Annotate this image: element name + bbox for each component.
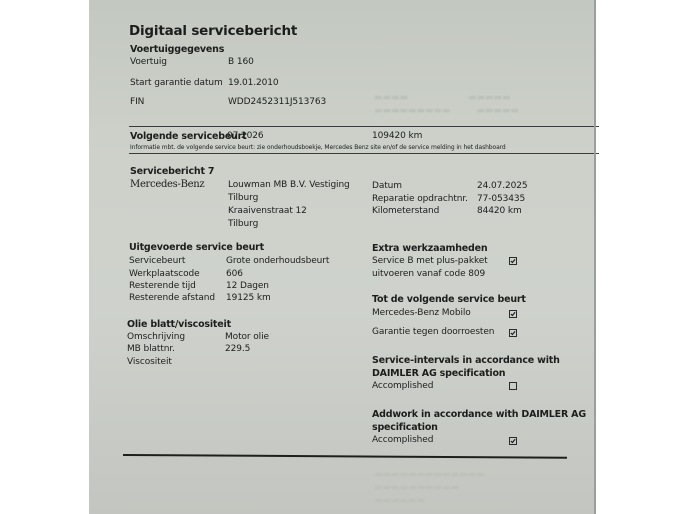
until-next-heading: Tot de volgende service beurt [372,294,526,305]
remaining-time-value: 12 Dagen [226,281,269,291]
extra-work-heading: Extra werkzaamheden [372,243,487,254]
service-intervals-label: Accomplished [372,381,433,391]
addwork-checkbox[interactable] [509,437,517,445]
service-report-heading: Servicebericht 7 [130,166,214,177]
show-through-text: ▬▬▬▬▬▬▬▬▬▬ [374,483,459,493]
odometer-value: 84420 km [477,206,522,216]
service-intervals-heading-2: DAIMLER AG specification [372,368,505,379]
rust-warranty-checkbox[interactable] [509,329,517,337]
service-type-value: Grote onderhoudsbeurt [226,256,329,266]
repair-order-value: 77-053435 [477,194,525,204]
warranty-start-value: 19.01.2010 [228,78,279,88]
vehicle-value: B 160 [228,57,254,67]
extra-work-line-1: Service B met plus-pakket [372,256,488,266]
document-title: Digitaal servicebericht [129,23,297,39]
divider [129,153,599,154]
date-value: 24.07.2025 [477,181,528,191]
show-through-text: ▬▬▬▬ ▬▬▬▬▬ [374,93,511,103]
extra-work-line-2: uitvoeren vanaf code 809 [372,269,485,279]
checkmark-icon [510,438,516,444]
fin-value: WDD2452311J513763 [228,97,326,107]
checkmark-icon [510,311,516,317]
bottom-divider [123,454,567,459]
addwork-heading-1: Addwork in accordance with DAIMLER AG [372,409,586,420]
show-through-text: ▬▬▬▬▬▬▬▬▬▬▬▬▬ [374,470,485,480]
show-through-text: ▬▬▬▬▬▬ [374,496,425,506]
repair-order-label: Reparatie opdrachtnr. [372,194,468,204]
addwork-label: Accomplished [372,435,433,445]
dealer-name: Louwman MB B.V. Vestiging [228,180,350,190]
next-service-km: 109420 km [372,131,422,141]
oil-description-value: Motor olie [225,332,269,342]
viscosity-label: Viscositeit [127,357,172,367]
checkmark-icon [510,330,516,336]
odometer-label: Kilometerstand [372,206,439,216]
oil-description-label: Omschrijving [127,332,185,342]
remaining-time-label: Resterende tijd [129,281,196,291]
rust-warranty-label: Garantie tegen doorroesten [372,327,494,337]
dealer-street: Kraaivenstraat 12 [228,206,307,216]
mb-sheet-label: MB blattnr. [127,344,175,354]
mobilo-checkbox[interactable] [509,310,517,318]
service-type-label: Servicebeurt [129,256,185,266]
remaining-distance-label: Resterende afstand [129,293,215,303]
dealer-city-2: Tilburg [228,219,258,229]
mobilo-label: Mercedes-Benz Mobilo [372,308,471,318]
next-service-note: Informatie mbt. de volgende service beur… [130,144,506,151]
document-photo: ▬▬▬▬ ▬▬▬▬▬ ▬▬▬▬▬▬▬▬▬ ▬▬▬▬▬ ▬▬▬▬▬▬▬▬▬▬▬▬▬… [89,0,596,514]
addwork-heading-2: specification [372,422,438,433]
checkmark-icon [510,258,516,264]
extra-work-checkbox[interactable] [509,257,517,265]
warranty-start-label: Start garantie datum [130,78,223,88]
service-intervals-heading-1: Service-intervals in accordance with [372,355,560,366]
next-service-date: 07.2026 [227,131,264,141]
fin-label: FIN [130,97,144,107]
date-label: Datum [372,181,402,191]
mb-sheet-value: 229.5 [225,344,250,354]
workshop-code-value: 606 [226,269,243,279]
vehicle-heading: Voertuiggegevens [130,44,224,55]
performed-heading: Uitgevoerde service beurt [129,242,264,253]
divider [129,126,599,127]
show-through-text: ▬▬▬▬▬▬▬▬▬ ▬▬▬▬▬ [374,106,519,116]
workshop-code-label: Werkplaatscode [129,269,200,279]
remaining-distance-value: 19125 km [226,293,271,303]
oil-heading: Olie blatt/viscositeit [127,319,231,330]
service-intervals-checkbox[interactable] [509,382,517,390]
dealer-city: Tilburg [228,193,258,203]
brand-logo-text: Mercedes-Benz [130,179,204,190]
vehicle-label: Voertuig [130,57,167,67]
